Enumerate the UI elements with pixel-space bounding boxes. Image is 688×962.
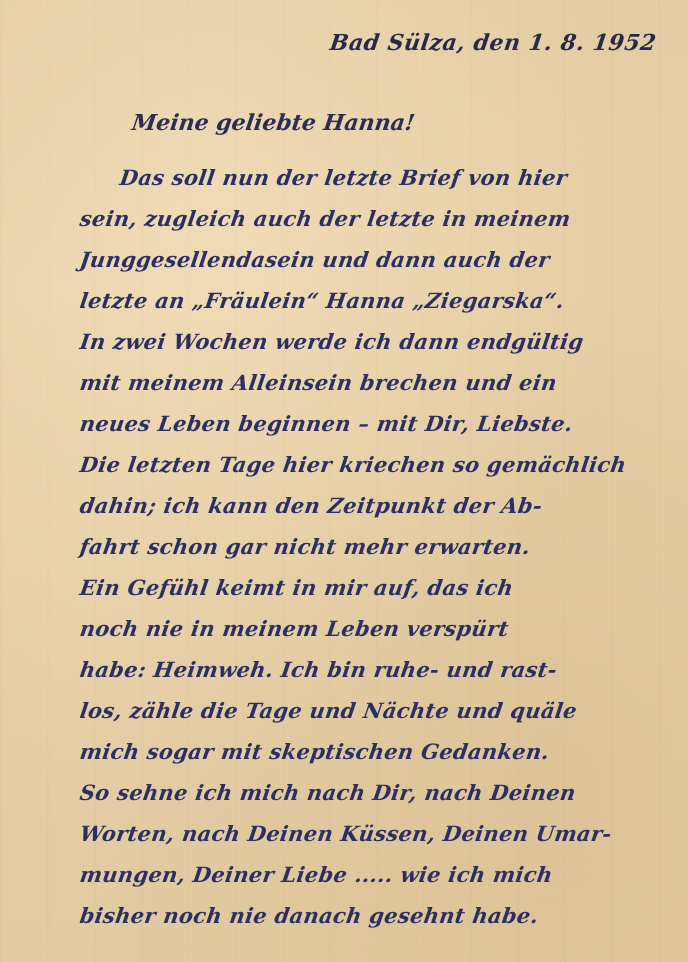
body-line: Die letzten Tage hier kriechen so gemäch… (78, 452, 628, 477)
body-line: So sehne ich mich nach Dir, nach Deinen (78, 780, 577, 805)
letter-body: Das soll nun der letzte Brief von hier s… (0, 0, 688, 962)
body-line: los, zähle die Tage und Nächte und quäle (78, 698, 578, 723)
body-line: mit meinem Alleinsein brechen und ein (78, 370, 558, 395)
body-line: In zwei Wochen werde ich dann endgültig (78, 329, 585, 354)
body-line: neues Leben beginnen – mit Dir, Liebste. (78, 411, 574, 436)
letter-page: Bad Sülza, den 1. 8. 1952 Meine geliebte… (0, 0, 688, 962)
body-line: noch nie in meinem Leben verspürt (78, 616, 510, 641)
body-line: Junggesellendasein und dann auch der (78, 247, 551, 272)
body-line: dahin; ich kann den Zeitpunkt der Ab- (78, 493, 544, 518)
body-line: mungen, Deiner Liebe ..... wie ich mich (78, 862, 554, 887)
body-line: letzte an „Fräulein“ Hanna „Ziegarska“. (78, 288, 566, 313)
body-line: mich sogar mit skeptischen Gedanken. (78, 739, 551, 764)
body-line: Worten, nach Deinen Küssen, Deinen Umar- (78, 821, 613, 846)
body-line: Das soll nun der letzte Brief von hier (118, 165, 569, 190)
body-line: Ein Gefühl keimt in mir auf, das ich (78, 575, 515, 600)
body-line: habe: Heimweh. Ich bin ruhe- und rast- (78, 657, 558, 682)
body-line: bisher noch nie danach gesehnt habe. (78, 903, 540, 928)
body-line: sein, zugleich auch der letzte in meinem (78, 206, 572, 231)
body-line: fahrt schon gar nicht mehr erwarten. (78, 534, 532, 559)
